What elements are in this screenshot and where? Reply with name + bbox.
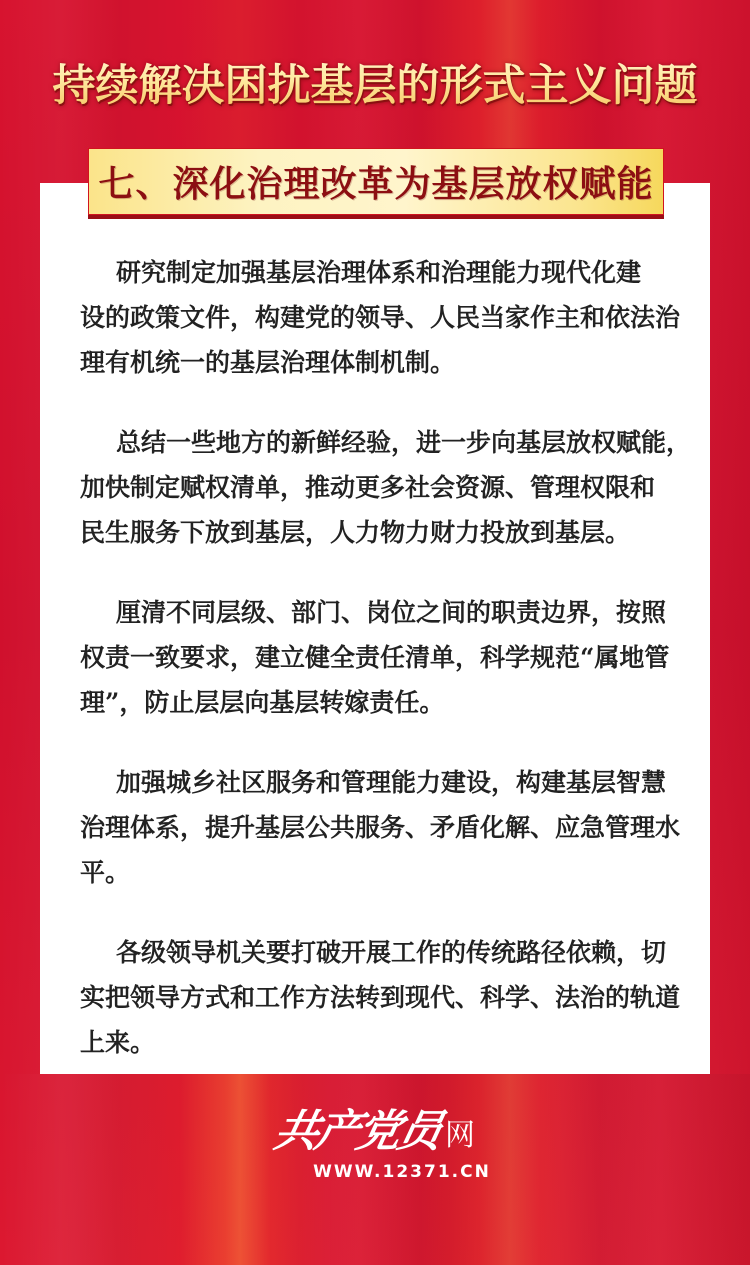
paragraph-line: 实把领导方式和工作方法转到现代、科学、法治的轨道 xyxy=(40,975,710,1020)
paragraph-line: 总结一些地方的新鲜经验，进一步向基层放权赋能， xyxy=(40,420,710,465)
paragraph-1: 研究制定加强基层治理体系和治理能力现代化建 设的政策文件，构建党的领导、人民当家… xyxy=(40,250,710,385)
paragraph-line: 上来。 xyxy=(40,1020,710,1065)
paragraph-line: 民生服务下放到基层，人力物力财力投放到基层。 xyxy=(40,510,710,555)
section-banner: 七、深化治理改革为基层放权赋能 xyxy=(88,148,664,215)
site-logo: 共产党员 网 WWW.12371.CN xyxy=(0,1106,750,1182)
paragraph-line: 治理体系，提升基层公共服务、矛盾化解、应急管理水 xyxy=(40,805,710,850)
article-body: 研究制定加强基层治理体系和治理能力现代化建 设的政策文件，构建党的领导、人民当家… xyxy=(40,250,710,1100)
paragraph-line: 理”，防止层层向基层转嫁责任。 xyxy=(40,680,710,725)
paragraph-line: 各级领导机关要打破开展工作的传统路径依赖，切 xyxy=(40,930,710,975)
paragraph-line: 设的政策文件，构建党的领导、人民当家作主和依法治 xyxy=(40,295,710,340)
paragraph-5: 各级领导机关要打破开展工作的传统路径依赖，切 实把领导方式和工作方法转到现代、科… xyxy=(40,930,710,1065)
site-url: WWW.12371.CN xyxy=(313,1162,491,1182)
page-title: 持续解决困扰基层的形式主义问题 xyxy=(0,52,750,113)
section-heading: 七、深化治理改革为基层放权赋能 xyxy=(98,156,653,207)
logo-wordmark: 共产党员 网 xyxy=(275,1106,475,1158)
paragraph-line: 加强城乡社区服务和管理能力建设，构建基层智慧 xyxy=(40,760,710,805)
paragraph-line: 厘清不同层级、部门、岗位之间的职责边界，按照 xyxy=(40,590,710,635)
paragraph-4: 加强城乡社区服务和管理能力建设，构建基层智慧 治理体系，提升基层公共服务、矛盾化… xyxy=(40,760,710,895)
paragraph-3: 厘清不同层级、部门、岗位之间的职责边界，按照 权责一致要求，建立健全责任清单，科… xyxy=(40,590,710,725)
paragraph-line: 研究制定加强基层治理体系和治理能力现代化建 xyxy=(40,250,710,295)
paragraph-line: 理有机统一的基层治理体制机制。 xyxy=(40,340,710,385)
paragraph-line: 权责一致要求，建立健全责任清单，科学规范“属地管 xyxy=(40,635,710,680)
logo-calligraphy: 共产党员 xyxy=(269,1106,444,1158)
paragraph-line: 加快制定赋权清单，推动更多社会资源、管理权限和 xyxy=(40,465,710,510)
paragraph-2: 总结一些地方的新鲜经验，进一步向基层放权赋能， 加快制定赋权清单，推动更多社会资… xyxy=(40,420,710,555)
paragraph-line: 平。 xyxy=(40,850,710,895)
logo-suffix: 网 xyxy=(445,1116,475,1156)
